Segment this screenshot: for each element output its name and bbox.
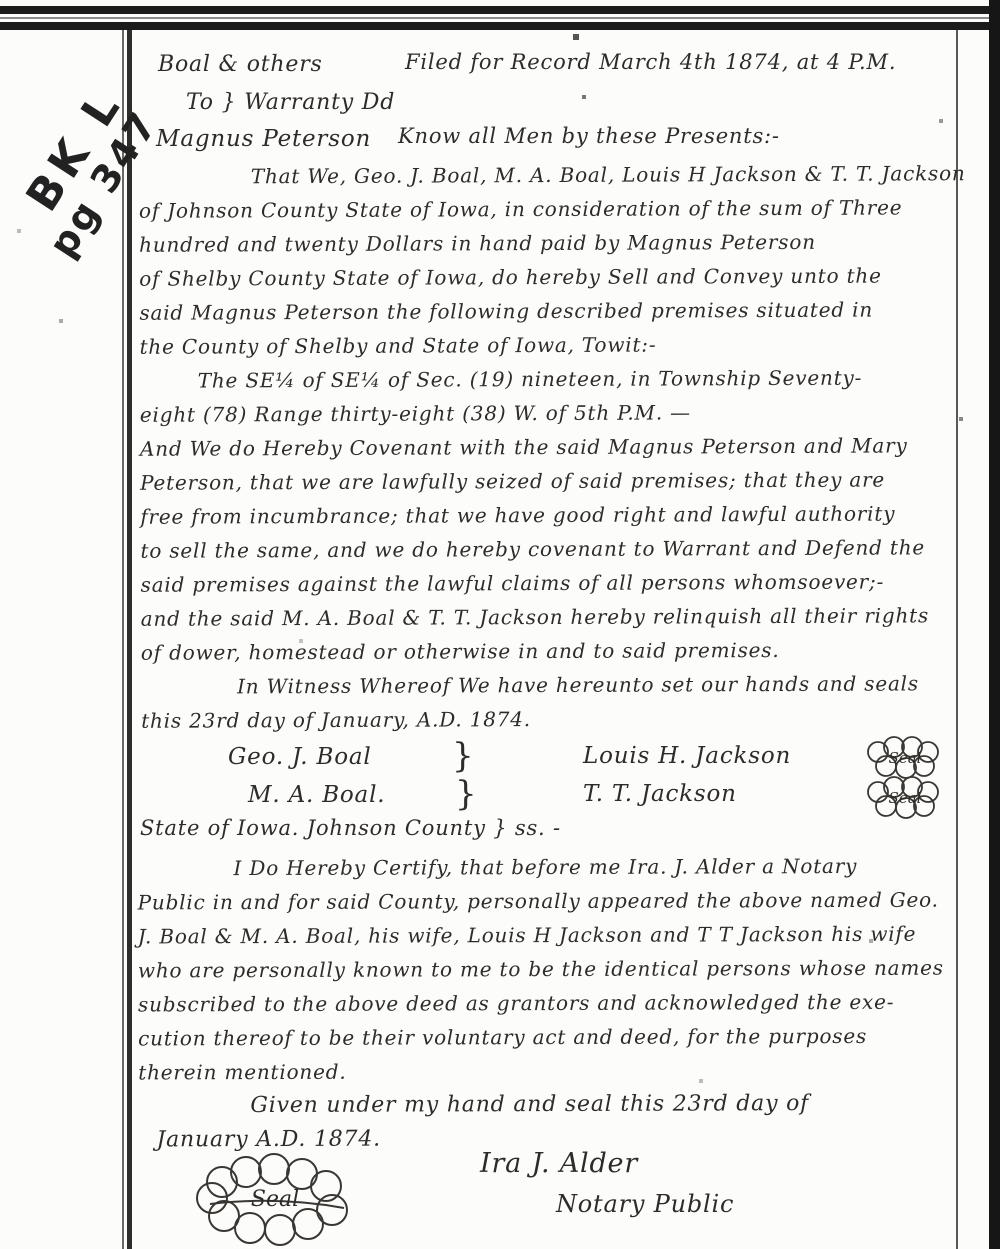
caption-grantee: Magnus Peterson	[156, 126, 371, 152]
seal-scribble-icon: Seal	[862, 776, 948, 822]
ack-line: cution thereof to be their voluntary act…	[138, 1019, 968, 1056]
deed-line: hundred and twenty Dollars in hand paid …	[139, 224, 954, 262]
deed-line: Peterson, that we are lawfully seized of…	[140, 462, 955, 500]
deed-line: The SE¼ of SE¼ of Sec. (19) nineteen, in…	[140, 360, 955, 398]
deed-line: That We, Geo. J. Boal, M. A. Boal, Louis…	[139, 156, 954, 194]
acknowledgment-body: I Do Hereby Certify, that before me Ira.…	[137, 849, 968, 1158]
deed-line: And We do Hereby Covenant with the said …	[140, 428, 955, 466]
venue-line: State of Iowa. Johnson County } ss. -	[140, 816, 561, 840]
filed-stamp-line: Filed for Record March 4th 1874, at 4 P.…	[405, 50, 896, 74]
notary-title: Notary Public	[556, 1190, 734, 1218]
ack-line: Public in and for said County, personall…	[138, 883, 968, 920]
ack-line: who are personally known to me to be the…	[138, 951, 968, 988]
deed-line: of dower, homestead or otherwise in and …	[141, 632, 956, 670]
deed-line: of Johnson County State of Iowa, in cons…	[139, 190, 954, 228]
deed-line: said premises against the lawful claims …	[141, 564, 956, 602]
notary-signature: Ira J. Alder	[480, 1148, 638, 1179]
grantor-signature-1: Geo. J. Boal	[228, 744, 372, 770]
ack-line: subscribed to the above deed as grantors…	[138, 985, 968, 1022]
scan-right-edge	[989, 0, 1000, 1249]
deed-body: That We, Geo. J. Boal, M. A. Boal, Louis…	[139, 156, 957, 738]
scanned-deed-page: BK L pg 347 Boal & others Filed for Reco…	[0, 0, 1000, 1249]
salutation-line: Know all Men by these Presents:-	[398, 124, 780, 148]
seal-word: Seal	[889, 749, 922, 767]
ack-line: J. Boal & M. A. Boal, his wife, Louis H …	[138, 917, 968, 954]
deed-line: said Magnus Peterson the following descr…	[139, 292, 954, 330]
deed-line: this 23rd day of January, A.D. 1874.	[141, 700, 956, 738]
left-rule	[127, 30, 132, 1249]
signer-signature-2: T. T. Jackson	[583, 781, 737, 807]
caption-doc-type: To } Warranty Dd	[186, 90, 395, 115]
signature-brace-1: }	[452, 736, 474, 776]
ack-line: I Do Hereby Certify, that before me Ira.…	[137, 849, 967, 886]
ack-line: Given under my hand and seal this 23rd d…	[138, 1087, 968, 1124]
deed-line: and the said M. A. Boal & T. T. Jackson …	[141, 598, 956, 636]
left-rule-thin	[122, 30, 124, 1249]
deed-line: free from incumbrance; that we have good…	[140, 496, 955, 534]
caption-grantors: Boal & others	[158, 52, 323, 77]
notary-seal-icon: Seal	[182, 1152, 372, 1248]
scan-speckles	[0, 0, 2, 2]
deed-line: of Shelby County State of Iowa, do hereb…	[139, 258, 954, 296]
top-rule-mid	[0, 17, 1000, 19]
signature-brace-2: }	[455, 774, 477, 814]
top-rule-upper	[0, 6, 1000, 14]
deed-line: eight (78) Range thirty-eight (38) W. of…	[140, 394, 955, 432]
grantor-signature-2: M. A. Boal.	[248, 782, 385, 808]
ack-line: therein mentioned.	[138, 1053, 968, 1090]
seal-word: Seal	[251, 1187, 299, 1212]
deed-line: In Witness Whereof We have hereunto set …	[141, 666, 956, 704]
seal-word: Seal	[889, 789, 922, 807]
signer-signature-1: Louis H. Jackson	[583, 743, 791, 769]
deed-line: the County of Shelby and State of Iowa, …	[139, 326, 954, 364]
deed-line: to sell the same, and we do hereby coven…	[140, 530, 955, 568]
top-rule-lower	[0, 22, 1000, 30]
